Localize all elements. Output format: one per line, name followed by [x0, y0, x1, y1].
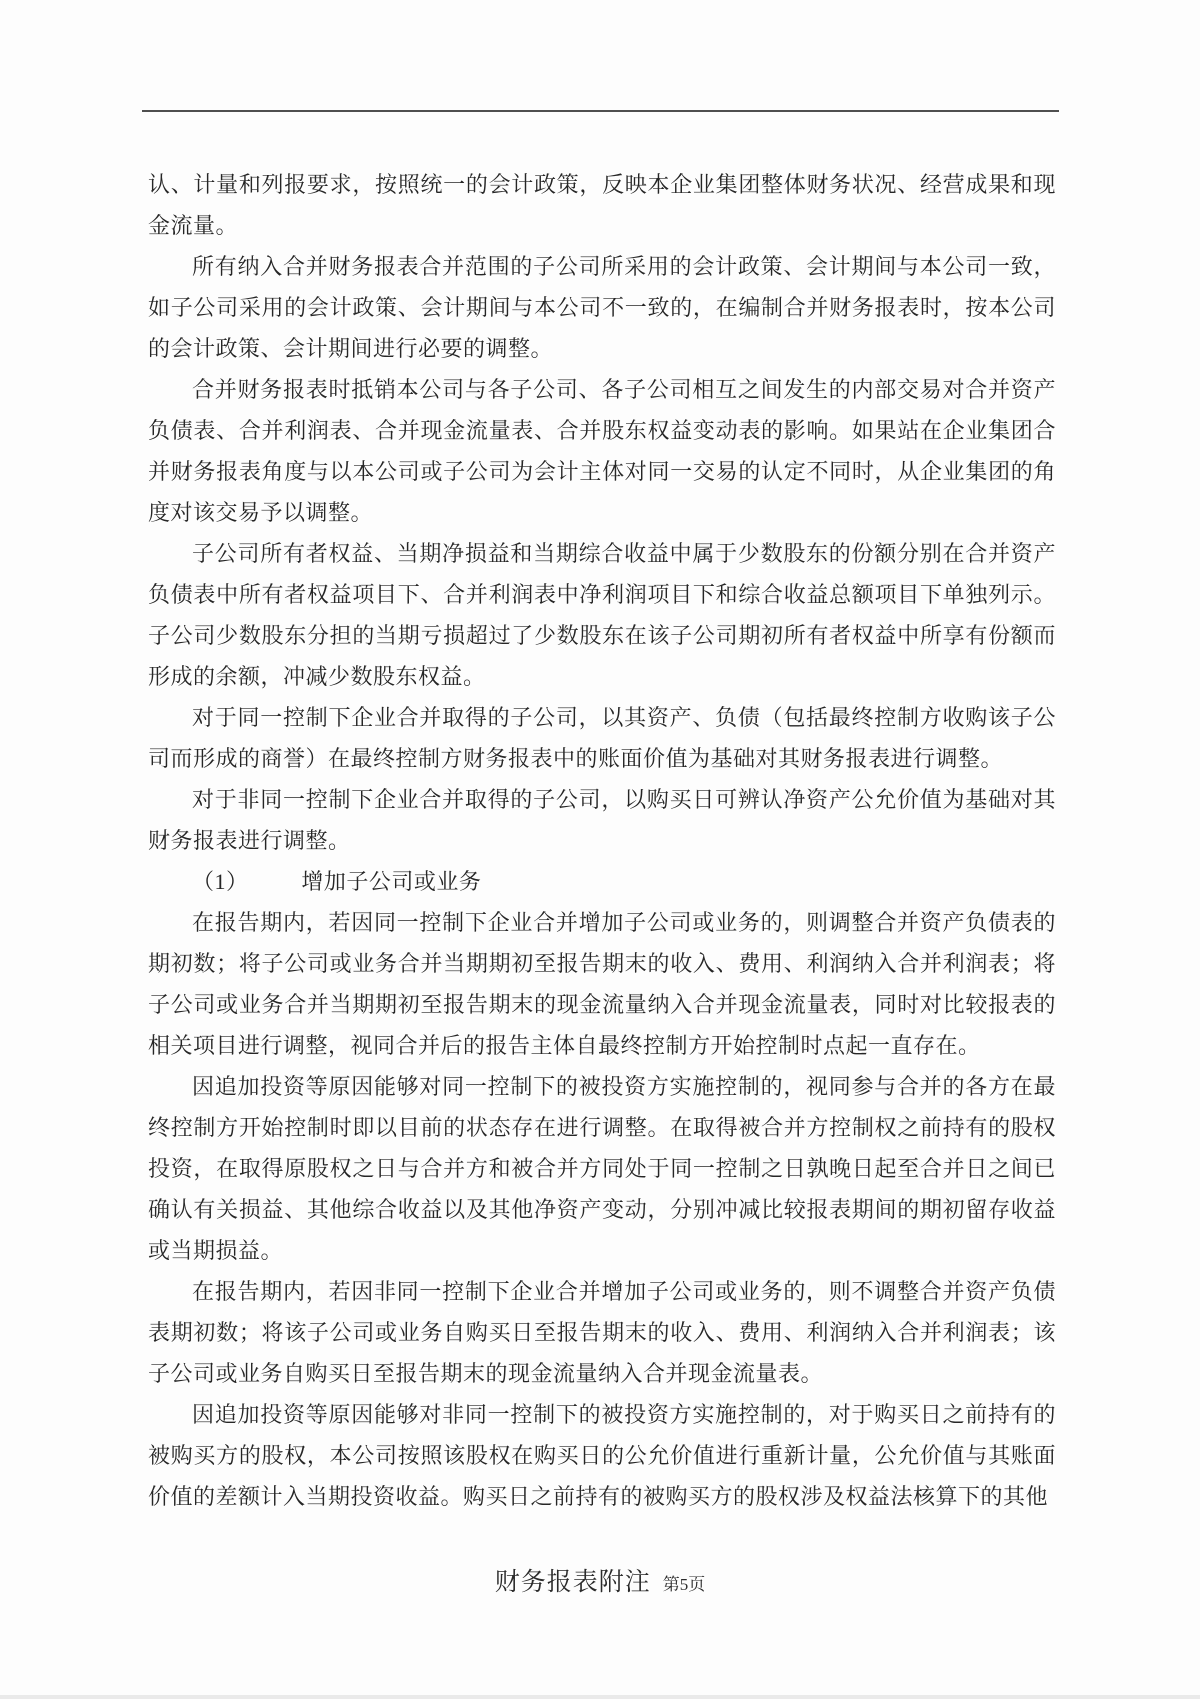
header-rule	[142, 110, 1059, 112]
paragraph: 在报告期内，若因同一控制下企业合并增加子公司或业务的，则调整合并资产负债表的期初…	[148, 902, 1056, 1066]
paragraph: 子公司所有者权益、当期净损益和当期综合收益中属于少数股东的份额分别在合并资产负债…	[148, 533, 1056, 697]
paragraph: 所有纳入合并财务报表合并范围的子公司所采用的会计政策、会计期间与本公司一致，如子…	[148, 246, 1056, 369]
page-footer: 财务报表附注第5页	[0, 1562, 1200, 1598]
section-heading-number: （1）	[192, 869, 249, 894]
footer-page-number: 第5页	[663, 1575, 706, 1594]
paragraph: 在报告期内，若因非同一控制下企业合并增加子公司或业务的，则不调整合并资产负债表期…	[148, 1271, 1056, 1394]
paragraph: 因追加投资等原因能够对非同一控制下的被投资方实施控制的，对于购买日之前持有的被购…	[148, 1394, 1056, 1517]
document-body: 认、计量和列报要求，按照统一的会计政策，反映本企业集团整体财务状况、经营成果和现…	[148, 164, 1056, 1517]
paragraph: 对于非同一控制下企业合并取得的子公司，以购买日可辨认净资产公允价值为基础对其财务…	[148, 779, 1056, 861]
paragraph: 因追加投资等原因能够对同一控制下的被投资方实施控制的，视同参与合并的各方在最终控…	[148, 1066, 1056, 1271]
footer-title: 财务报表附注	[495, 1569, 651, 1596]
section-heading-label: 增加子公司或业务	[301, 869, 481, 894]
paragraph: 对于同一控制下企业合并取得的子公司，以其资产、负债（包括最终控制方收购该子公司而…	[148, 697, 1056, 779]
section-heading: （1）增加子公司或业务	[148, 861, 1056, 902]
page-bottom-edge	[0, 1695, 1200, 1699]
paragraph-continuation: 认、计量和列报要求，按照统一的会计政策，反映本企业集团整体财务状况、经营成果和现…	[148, 164, 1056, 246]
document-page: 认、计量和列报要求，按照统一的会计政策，反映本企业集团整体财务状况、经营成果和现…	[0, 0, 1200, 1699]
paragraph: 合并财务报表时抵销本公司与各子公司、各子公司相互之间发生的内部交易对合并资产负债…	[148, 369, 1056, 533]
